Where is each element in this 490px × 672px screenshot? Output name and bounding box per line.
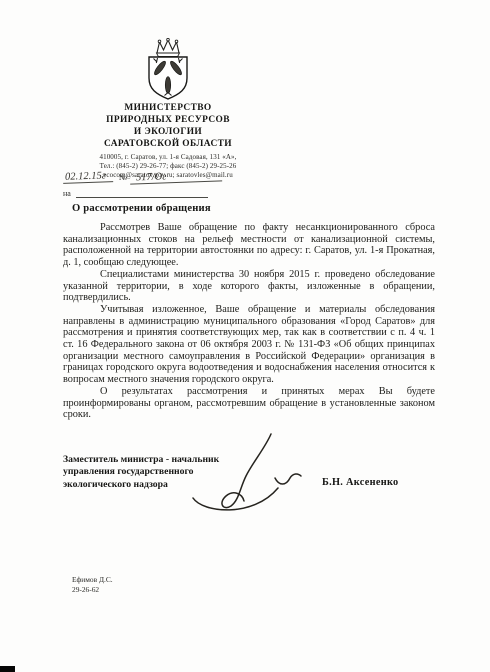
letterhead: МИНИСТЕРСТВО ПРИРОДНЫХ РЕСУРСОВ И ЭКОЛОГ… xyxy=(48,38,288,180)
ministry-name-line: ПРИРОДНЫХ РЕСУРСОВ xyxy=(48,114,288,126)
outgoing-number-field: 517/Ог xyxy=(130,169,222,184)
body-paragraph: О результатах рассмотрения и принятых ме… xyxy=(63,386,435,421)
reply-to-row: на xyxy=(63,186,283,198)
signature-autograph xyxy=(185,428,310,520)
reference-block: 02.12.15г № 517/Ог на xyxy=(63,167,283,198)
subject-line: О рассмотрении обращения xyxy=(72,203,211,214)
scanned-letter-page: МИНИСТЕРСТВО ПРИРОДНЫХ РЕСУРСОВ И ЭКОЛОГ… xyxy=(0,0,490,672)
reply-to-line xyxy=(76,187,208,198)
outgoing-reference-row: 02.12.15г № 517/Ог xyxy=(63,167,283,183)
signatory-name: Б.Н. Аксененко xyxy=(322,477,399,488)
executor-name: Ефимов Д.С. xyxy=(72,575,113,585)
outgoing-date-field: 02.12.15г xyxy=(63,170,113,184)
ministry-name: МИНИСТЕРСТВО ПРИРОДНЫХ РЕСУРСОВ И ЭКОЛОГ… xyxy=(48,102,288,150)
executor-phone: 29-26-62 xyxy=(72,585,113,595)
letter-body: Рассмотрев Ваше обращение по факту несан… xyxy=(63,222,435,421)
reply-to-label: на xyxy=(63,189,71,198)
ministry-name-line: САРАТОВСКОЙ ОБЛАСТИ xyxy=(48,138,288,150)
number-sign: № xyxy=(119,172,127,183)
ministry-name-line: МИНИСТЕРСТВО xyxy=(48,102,288,114)
body-paragraph: Учитывая изложенное, Ваше обращение и ма… xyxy=(63,304,435,386)
executor-block: Ефимов Д.С. 29-26-62 xyxy=(72,575,113,595)
ministry-name-line: И ЭКОЛОГИИ xyxy=(48,126,288,138)
scan-corner-artifact xyxy=(0,666,15,672)
body-paragraph: Специалистами министерства 30 ноября 201… xyxy=(63,269,435,304)
body-paragraph: Рассмотрев Ваше обращение по факту несан… xyxy=(63,222,435,269)
saratov-coat-of-arms-icon xyxy=(145,38,191,100)
address-line: 410005, г. Саратов, ул. 1-я Садовая, 131… xyxy=(48,153,288,162)
